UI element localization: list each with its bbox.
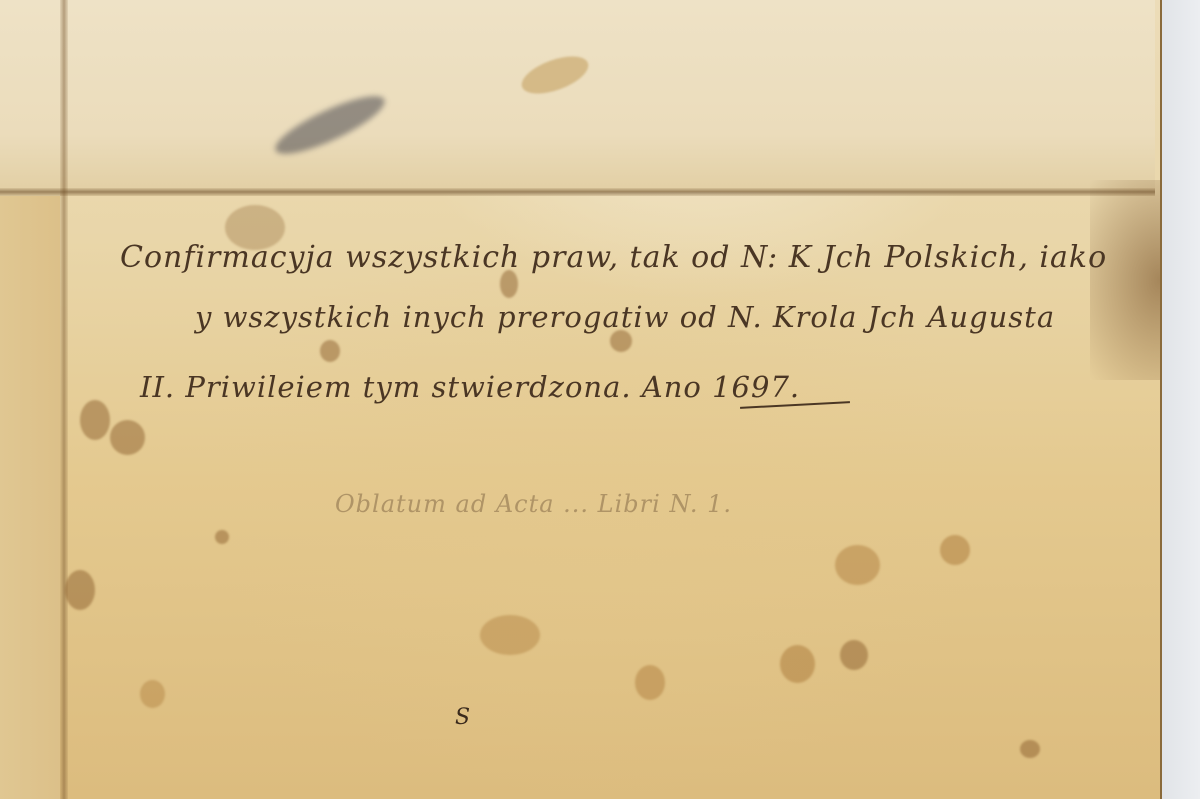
- foxing-stain: [780, 645, 815, 683]
- manuscript-line-2: y wszystkich inych prerogatiw od N. Krol…: [195, 300, 1055, 334]
- foxing-stain: [835, 545, 880, 585]
- vertical-fold-line: [60, 0, 68, 799]
- foxing-stain: [840, 640, 868, 670]
- folded-left-strip: [0, 196, 60, 799]
- foxing-stain: [480, 615, 540, 655]
- foxing-stain: [940, 535, 970, 565]
- foxing-stain: [215, 530, 229, 544]
- faded-annotation-line: Oblatum ad Acta ... Libri N. 1.: [335, 490, 732, 518]
- foxing-stain: [1020, 740, 1040, 758]
- edge-stain: [1090, 180, 1160, 380]
- foxing-stain: [110, 420, 145, 455]
- manuscript-line-1: Confirmacyja wszystkich praw, tak od N: …: [120, 240, 1107, 275]
- folded-top-flap: [0, 0, 1155, 192]
- foxing-stain: [65, 570, 95, 610]
- manuscript-line-3: II. Priwileiem tym stwierdzona. Ano 1697…: [140, 370, 800, 404]
- foxing-stain: [80, 400, 110, 440]
- marginal-mark: S: [455, 705, 470, 730]
- horizontal-fold-line: [0, 188, 1155, 196]
- foxing-stain: [635, 665, 665, 700]
- foxing-stain: [140, 680, 165, 708]
- foxing-stain: [320, 340, 340, 362]
